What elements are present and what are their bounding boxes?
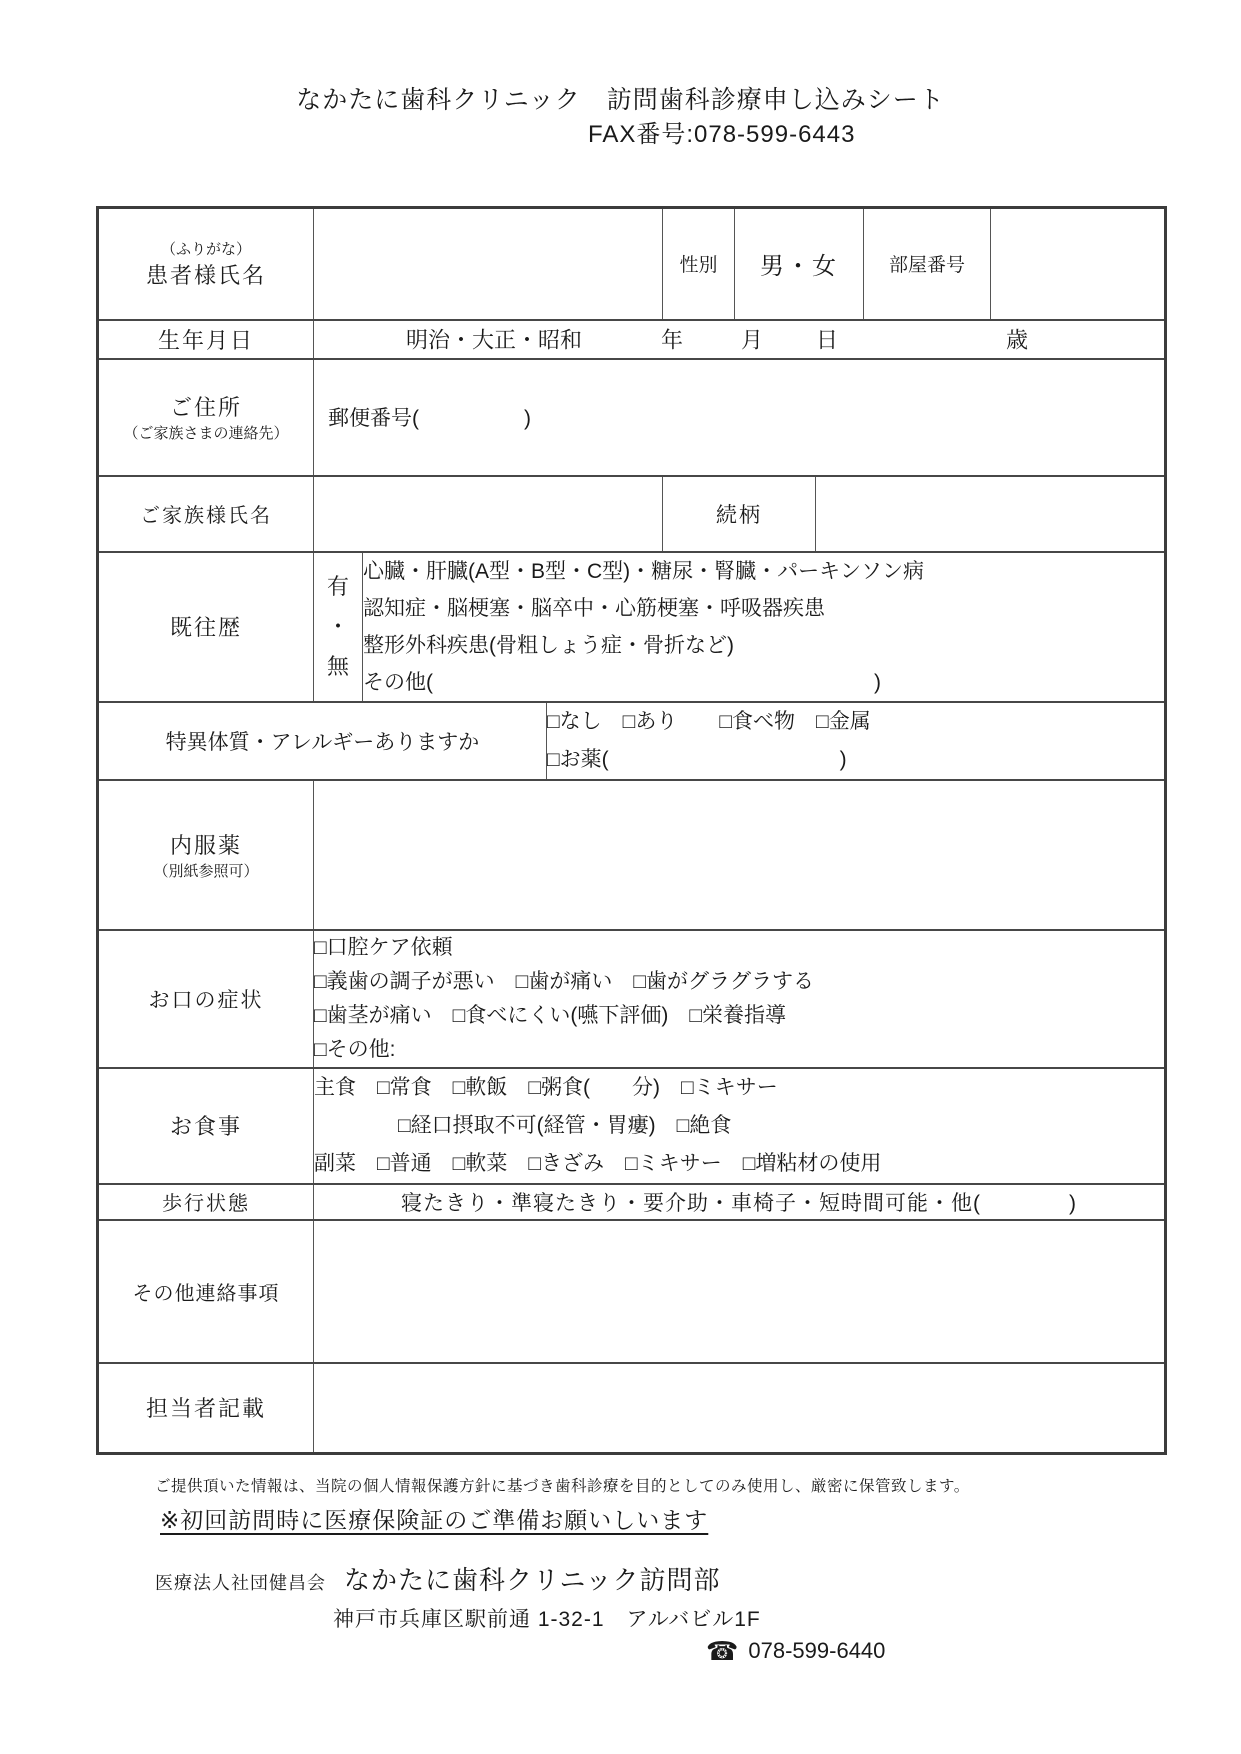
row-other-notes: その他連絡事項 — [98, 1220, 1166, 1363]
era-options: 明治・大正・昭和 — [406, 324, 582, 355]
fax-number: FAX番号:078-599-6443 — [588, 114, 855, 149]
history-line: 認知症・脳梗塞・脳卒中・心筋梗塞・呼吸器疾患 — [363, 590, 1164, 627]
address-label: ご住所 （ご家族さまの連絡先） — [98, 359, 314, 476]
row-staff: 担当者記載 — [98, 1363, 1166, 1454]
family-contact-note: （ご家族さまの連絡先） — [99, 422, 313, 443]
history-line: 心臓・肝臓(A型・B型・C型)・糖尿・腎臓・パーキンソン病 — [363, 553, 1164, 590]
allergy-line: □お薬( ) — [547, 741, 1164, 779]
patient-name-label: （ふりがな） 患者様氏名 — [98, 208, 314, 320]
row-history: 既往歴 有 ・ 無 心臓・肝臓(A型・B型・C型)・糖尿・腎臓・パーキンソン病 … — [98, 552, 1166, 702]
medication-field — [314, 780, 1166, 930]
postal-code-label: 郵便番号( ) — [314, 400, 1164, 434]
meal-line: □経口摂取不可(経管・胃瘻) □絶食 — [314, 1107, 1164, 1145]
row-medication: 内服薬 （別紙参照可） — [98, 780, 1166, 930]
staff-label: 担当者記載 — [98, 1363, 314, 1454]
meal-line: 主食 □常食 □軟飯 □粥食( 分) □ミキサー — [314, 1069, 1164, 1107]
oral-line: □その他: — [314, 1033, 1164, 1067]
attachment-note: （別紙参照可） — [99, 860, 313, 881]
room-number-label: 部屋番号 — [864, 208, 991, 320]
birthdate-label: 生年月日 — [98, 320, 314, 359]
oral-symptoms-label: お口の症状 — [98, 930, 314, 1068]
allergy-label: 特異体質・アレルギーありますか — [98, 702, 547, 780]
walking-options: 寝たきり・準寝たきり・要介助・車椅子・短時間可能・他( ) — [314, 1184, 1166, 1220]
relation-field — [816, 476, 1166, 552]
history-label: 既往歴 — [98, 552, 314, 702]
fax-application-sheet: なかたに歯科クリニック 訪問歯科診療申し込みシート FAX番号:078-599-… — [0, 0, 1241, 1754]
row-oral-symptoms: お口の症状 □口腔ケア依頼 □義歯の調子が悪い □歯が痛い □歯がグラグラする … — [98, 930, 1166, 1068]
history-yes-no: 有 ・ 無 — [314, 552, 363, 702]
history-options: 心臓・肝臓(A型・B型・C型)・糖尿・腎臓・パーキンソン病 認知症・脳梗塞・脳卒… — [363, 552, 1166, 702]
row-birthdate: 生年月日 明治・大正・昭和 年 月 日 歳 — [98, 320, 1166, 359]
history-line: 整形外科疾患(骨粗しょう症・骨折など) — [363, 627, 1164, 664]
sex-options: 男・女 — [735, 208, 864, 320]
row-patient: （ふりがな） 患者様氏名 性別 男・女 部屋番号 — [98, 208, 1166, 320]
row-address: ご住所 （ご家族さまの連絡先） 郵便番号( ) — [98, 359, 1166, 476]
oral-line: □歯茎が痛い □食べにくい(嚥下評価) □栄養指導 — [314, 999, 1164, 1033]
other-notes-label: その他連絡事項 — [98, 1220, 314, 1363]
birthdate-field: 明治・大正・昭和 年 月 日 歳 — [314, 320, 1166, 359]
walking-label: 歩行状態 — [98, 1184, 314, 1220]
clinic-phone-number: 078-599-6440 — [748, 1638, 885, 1663]
row-meal: お食事 主食 □常食 □軟飯 □粥食( 分) □ミキサー □経口摂取不可(経管・… — [98, 1068, 1166, 1184]
other-notes-field — [314, 1220, 1166, 1363]
history-line: その他( ) — [363, 664, 1164, 701]
oral-symptom-options: □口腔ケア依頼 □義歯の調子が悪い □歯が痛い □歯がグラグラする □歯茎が痛い… — [314, 930, 1166, 1068]
room-number-field — [991, 208, 1166, 320]
oral-line: □義歯の調子が悪い □歯が痛い □歯がグラグラする — [314, 965, 1164, 999]
meal-options: 主食 □常食 □軟飯 □粥食( 分) □ミキサー □経口摂取不可(経管・胃瘻) … — [314, 1068, 1166, 1184]
month-unit: 月 — [741, 324, 763, 355]
relation-label: 続柄 — [663, 476, 816, 552]
oral-line: □口腔ケア依頼 — [314, 931, 1164, 965]
allergy-line: □なし □あり □食べ物 □金属 — [547, 703, 1164, 741]
row-walking: 歩行状態 寝たきり・準寝たきり・要介助・車椅子・短時間可能・他( ) — [98, 1184, 1166, 1220]
sex-label: 性別 — [663, 208, 735, 320]
insurance-notice: ※初回訪問時に医療保険証のご準備お願いしいます — [160, 1502, 708, 1535]
family-name-label: ご家族様氏名 — [98, 476, 314, 552]
application-form-table: （ふりがな） 患者様氏名 性別 男・女 部屋番号 生年月日 明治・大正・昭和 年… — [96, 206, 1167, 1455]
patient-name-field — [314, 208, 663, 320]
telephone-icon: ☎ — [706, 1636, 738, 1666]
page-title: なかたに歯科クリニック 訪問歯科診療申し込みシート — [0, 80, 1241, 116]
family-name-field — [314, 476, 663, 552]
clinic-name-line: 医療法人社団健昌会なかたに歯科クリニック訪問部 — [155, 1560, 720, 1597]
age-unit: 歳 — [1006, 324, 1028, 355]
privacy-note: ご提供頂いた情報は、当院の個人情報保護方針に基づき歯科診療を目的としてのみ使用し… — [155, 1474, 970, 1496]
corporation-name: 医療法人社団健昌会 — [155, 1573, 326, 1593]
meal-label: お食事 — [98, 1068, 314, 1184]
address-field: 郵便番号( ) — [314, 359, 1166, 476]
row-family: ご家族様氏名 続柄 — [98, 476, 1166, 552]
furigana-note: （ふりがな） — [99, 238, 313, 259]
clinic-address: 神戸市兵庫区駅前通 1-32-1 アルバビル1F — [333, 1603, 761, 1633]
allergy-options: □なし □あり □食べ物 □金属 □お薬( ) — [547, 702, 1166, 780]
clinic-phone-line: ☎078-599-6440 — [706, 1636, 885, 1667]
day-unit: 日 — [816, 324, 838, 355]
meal-line: 副菜 □普通 □軟菜 □きざみ □ミキサー □増粘材の使用 — [314, 1145, 1164, 1183]
year-unit: 年 — [661, 324, 683, 355]
clinic-name: なかたに歯科クリニック訪問部 — [344, 1565, 720, 1595]
row-allergy: 特異体質・アレルギーありますか □なし □あり □食べ物 □金属 □お薬( ) — [98, 702, 1166, 780]
medication-label: 内服薬 （別紙参照可） — [98, 780, 314, 930]
staff-field — [314, 1363, 1166, 1454]
